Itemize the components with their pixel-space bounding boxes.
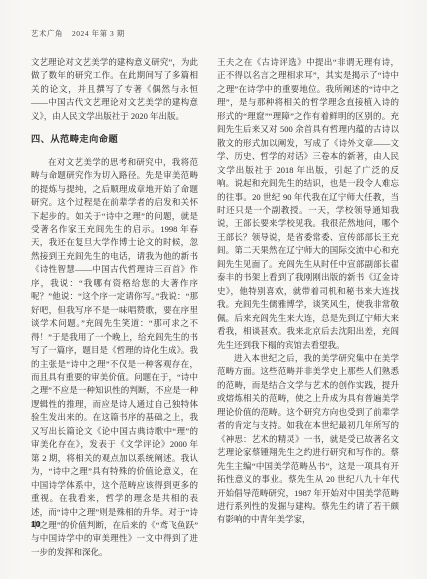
- running-head: 艺术广角2024 年第 3 期: [31, 28, 125, 39]
- journal-title: 艺术广角: [31, 29, 63, 38]
- paragraph: 进入本世纪之后，我的美学研究集中在美学范畴方面。这些范畴并非美学史上那些人们熟悉…: [217, 352, 399, 527]
- text-columns: 文艺理论对文艺美学的建构意义研究”，为此做了数年的研究工作。在此期间写了多篇相关…: [31, 56, 399, 559]
- paragraph: 在对文艺美学的思考和研究中，我将范畴与命题研究作为切入路径。先是审美范畴的提炼与…: [31, 156, 198, 560]
- right-column: 王夫之在《古诗评选》中提出“非谓无理有诗，正不得以名言之理相求耳”，其实是揭示了…: [217, 56, 399, 559]
- paragraph-continued-from-previous-page: 文艺理论对文艺美学的建构意义研究”，为此做了数年的研究工作。在此期间写了多篇相关…: [31, 56, 198, 123]
- issue-label: 2024 年第 3 期: [72, 29, 125, 38]
- scanned-page-background: 艺术广角2024 年第 3 期 文艺理论对文艺美学的建构意义研究”，为此做了数年…: [0, 0, 427, 579]
- page-number: 10: [31, 519, 41, 529]
- paragraph-continued-from-left-column: 王夫之在《古诗评选》中提出“非谓无理有诗，正不得以名言之理相求耳”，其实是揭示了…: [217, 56, 399, 352]
- left-column: 文艺理论对文艺美学的建构意义研究”，为此做了数年的研究工作。在此期间写了多篇相关…: [31, 56, 198, 559]
- section-heading: 四、从范畴走向命题: [31, 123, 198, 155]
